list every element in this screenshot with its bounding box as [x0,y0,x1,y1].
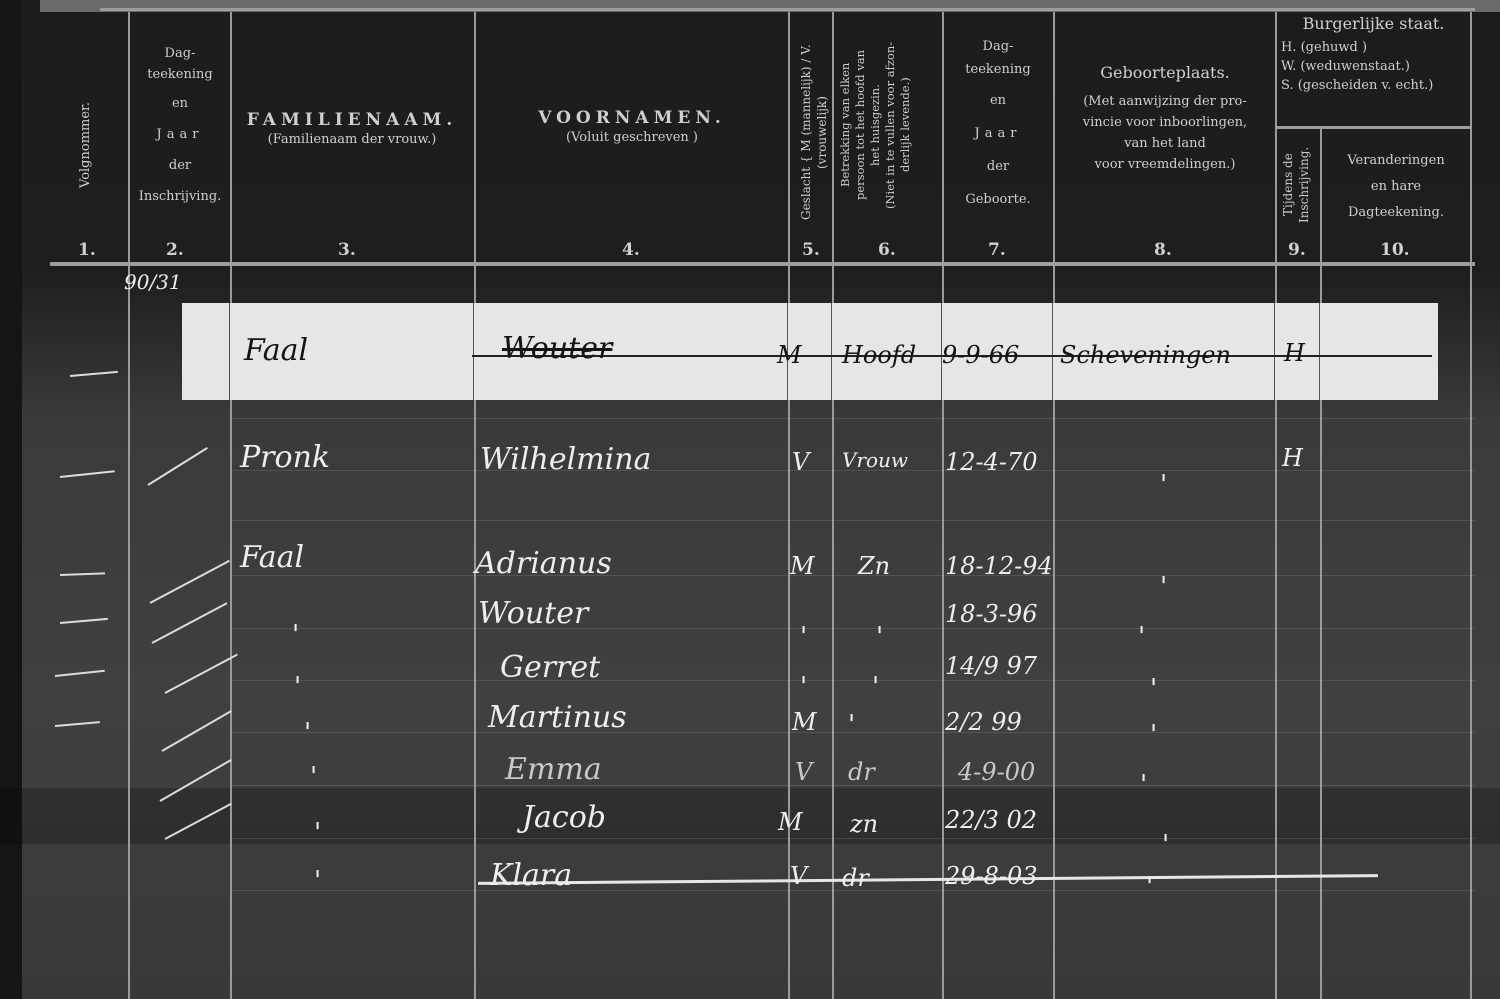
col3-number: 3. [338,240,356,260]
col10-number: 10. [1380,240,1410,260]
col6-header: Betrekking van elken persoon tot het hoo… [838,14,913,236]
col6-number: 6. [878,240,896,260]
birth-date: 12-4-70 [945,448,1038,476]
given-name: Adrianus [475,546,612,581]
given-name: Wilhelmina [480,442,651,477]
given-name: Jacob [522,800,606,835]
sex: M [777,341,802,369]
birth-place-ditto: ' [1150,720,1157,750]
family-name: Faal [244,333,308,368]
tick-mark [60,470,115,478]
column-divider [230,12,232,999]
column-divider [474,12,476,999]
relation-ditto: ' [848,710,855,740]
slash-mark [147,447,207,486]
col8-header: Geboorteplaats. (Met aanwijzing der pro-… [1055,62,1275,175]
relation: Zn [858,552,890,580]
sex-ditto: ' [800,672,807,702]
birth-place-ditto: ' [1160,470,1167,500]
tick-mark [55,721,100,727]
relation-ditto: ' [872,672,879,702]
birth-place-ditto: ' [1140,770,1147,800]
birth-date: 14/9 97 [945,652,1037,680]
civil-status: H [1284,339,1305,367]
family-name-ditto: ' [310,762,317,792]
birth-date: 4-9-00 [958,758,1035,786]
col7-header: Dag- teekening en Jaar der Geboorte. [944,30,1052,216]
birth-place-ditto: ' [1150,674,1157,704]
family-name: Pronk [240,440,330,475]
given-name: Wouter [478,596,588,631]
family-name-ditto: ' [304,718,311,748]
family-name-ditto: ' [292,620,299,650]
sex: V [790,862,807,890]
relation: dr [842,864,869,892]
col3-header: FAMILIENAAM. (Familienaam der vrouw.) [232,110,472,150]
row-strike-line [478,874,1378,885]
column-divider [832,12,834,999]
col4-header: VOORNAMEN. (Voluit geschreven ) [476,108,788,148]
col2-number: 2. [166,240,184,260]
tick-mark [60,618,108,624]
birth-date: 2/2 99 [945,708,1022,736]
given-name: Martinus [488,700,627,735]
family-name-ditto: ' [314,866,321,896]
sex: M [792,708,817,736]
family-name-ditto: ' [294,672,301,702]
relation: Vrouw [842,448,908,472]
birth-date: 29-8-03 [945,862,1038,890]
slash-mark [162,710,232,752]
column-divider [788,12,790,999]
header-bottom-rule [50,262,1475,266]
birth-place: Scheveningen [1060,341,1231,369]
column-divider [1320,128,1322,999]
civil-status: H [1282,444,1303,472]
col5-number: 5. [802,240,820,260]
page-left-edge [0,0,22,999]
col9-number: 9. [1288,240,1306,260]
col9-header: Tijdens de Inschrijving. [1280,135,1312,235]
given-name: Emma [505,752,602,787]
birth-date: 18-3-96 [945,600,1038,628]
sex: V [792,448,809,476]
relation: dr [848,758,875,786]
sex-ditto: ' [800,622,807,652]
col5-header: Geslacht { M (mannelijk) / V. (vrouwelij… [798,30,830,235]
tick-mark [55,670,105,677]
sex: M [790,552,815,580]
relation-ditto: ' [876,622,883,652]
birth-date: 18-12-94 [945,552,1053,580]
sex: V [795,758,812,786]
registration-date: 90/31 [124,272,182,292]
header-top-rule [100,8,1475,11]
civil-status-header: Burgerlijke staat. H. (gehuwd ) W. (wedu… [1277,14,1470,95]
relation: Hoofd [842,341,916,369]
col10-header: Veranderingen en hare Dagteekening. [1322,148,1470,226]
column-divider [1470,12,1472,999]
col4-number: 4. [622,240,640,260]
given-name: Klara [490,858,572,893]
col1-number: 1. [78,240,96,260]
col1-header: Volgnommer. [78,70,94,220]
birth-place-ditto: ' [1162,830,1169,860]
column-divider [1275,12,1277,999]
family-name-ditto: ' [314,818,321,848]
sex: M [778,808,803,836]
given-name: Wouter [502,331,612,366]
slash-mark [152,602,228,644]
birth-place-ditto: ' [1160,572,1167,602]
birth-place-ditto: ' [1146,872,1153,902]
relation: zn [850,810,878,838]
birth-date: 22/3 02 [945,806,1037,834]
tick-mark [70,371,118,377]
birth-place-ditto: ' [1138,622,1145,652]
highlighted-row: Faal Wouter M Hoofd 9-9-66 Scheveningen … [182,303,1438,400]
family-name: Faal [240,540,304,575]
given-name: Gerret [500,650,600,685]
register-page: Volgnommer. Dag- teekening en Jaar der I… [0,0,1500,999]
slash-mark [150,560,230,604]
birth-date: 9-9-66 [942,341,1019,369]
slash-mark [165,654,238,694]
col2-header: Dag- teekening en Jaar der Inschrijving. [130,38,230,212]
col8-number: 8. [1154,240,1172,260]
civil-status-divider [1275,126,1472,129]
col7-number: 7. [988,240,1006,260]
tick-mark [60,572,105,576]
